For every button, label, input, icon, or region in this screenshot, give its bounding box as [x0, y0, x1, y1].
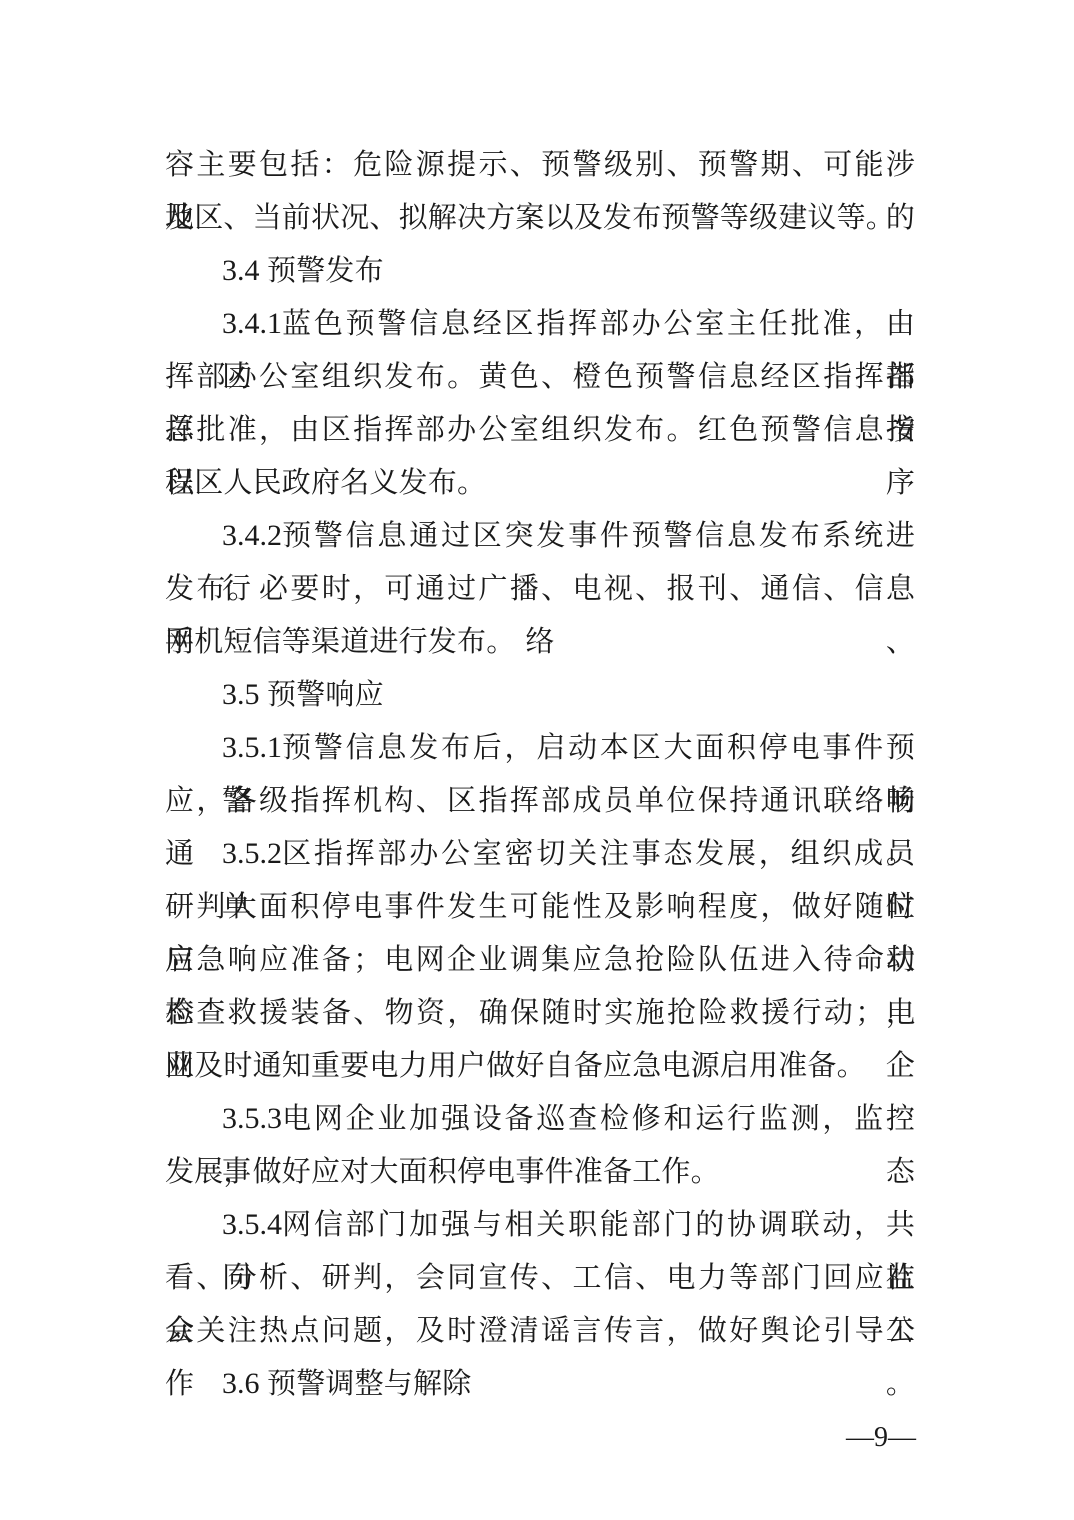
- line-text: 发展，做好应对大面积停电事件准备工作。: [165, 1154, 720, 1188]
- section-number: 3.4.2: [222, 519, 282, 552]
- section-line: 3.5.1 预 警 信 息 发 布 后 ， 启 动 本 区 大 面 积 停 电 …: [165, 721, 915, 774]
- line-text: 手机短信等渠道进行发布。: [165, 624, 515, 658]
- text-line: 地区、当前状况、拟解决方案以及发布预警等级建议等。: [165, 191, 915, 244]
- body-text: 容 主 要 包 括 ： 危 险 源 提 示 、 预 警 级 别 、 预 警 期 …: [165, 138, 915, 1410]
- section-number: 3.5.2: [222, 837, 282, 870]
- section-line: 3.5 预警响应: [165, 668, 915, 721]
- line-text: 预警响应: [267, 677, 384, 711]
- text-line: 应 急 响 应 准 备 ； 电 网 企 业 调 集 应 急 抢 险 队 伍 进 …: [165, 933, 915, 986]
- section-number: 3.5.4: [222, 1208, 282, 1241]
- section-number: 3.5.3: [222, 1102, 282, 1135]
- text-line: 看 、 分 析 、 研 判 ， 会 同 宣 传 、 工 信 、 电 力 等 部 …: [165, 1251, 915, 1304]
- text-line: 发 布 。 必 要 时 ， 可 通 过 广 播 、 电 视 、 报 刊 、 通 …: [165, 562, 915, 615]
- text-line: 容 主 要 包 括 ： 危 险 源 提 示 、 预 警 级 别 、 预 警 期 …: [165, 138, 915, 191]
- section-number: 3.5.1: [222, 731, 282, 764]
- section-number: 3.6: [222, 1367, 267, 1400]
- line-text: 以区人民政府名义发布。: [165, 465, 486, 499]
- page-number: —9—: [846, 1418, 916, 1458]
- line-text: 预警调整与解除: [267, 1366, 471, 1400]
- text-line: 挥 批 准 ， 由 区 指 挥 部 办 公 室 组 织 发 布 。 红 色 预 …: [165, 403, 915, 456]
- section-number: 3.4: [222, 254, 267, 287]
- section-line: 3.5.2 区 指 挥 部 办 公 室 密 切 关 注 事 态 发 展 ， 组 …: [165, 827, 915, 880]
- line-text: 业及时通知重要电力用户做好自备应急电源启用准备。: [165, 1048, 866, 1082]
- section-line: 3.4.2 预 警 信 息 通 过 区 突 发 事 件 预 警 信 息 发 布 …: [165, 509, 915, 562]
- text-line: 应 ， 各 级 指 挥 机 构 、 区 指 挥 部 成 员 单 位 保 持 通 …: [165, 774, 915, 827]
- document-page: 容 主 要 包 括 ： 危 险 源 提 示 、 预 警 级 别 、 预 警 期 …: [0, 0, 1074, 1520]
- section-line: 3.5.4 网 信 部 门 加 强 与 相 关 职 能 部 门 的 协 调 联 …: [165, 1198, 915, 1251]
- line-text: 预警发布: [267, 253, 384, 287]
- text-line: 众 关 注 热 点 问 题 ， 及 时 澄 清 谣 言 传 言 ， 做 好 舆 …: [165, 1304, 915, 1357]
- text-line: 检 查 救 援 装 备 、 物 资 ， 确 保 随 时 实 施 抢 险 救 援 …: [165, 986, 915, 1039]
- text-line: 研 判 大 面 积 停 电 事 件 发 生 可 能 性 及 影 响 程 度 ， …: [165, 880, 915, 933]
- section-number: 3.4.1: [222, 307, 282, 340]
- section-number: 3.5: [222, 678, 267, 711]
- line-text: 地区、当前状况、拟解决方案以及发布预警等级建议等。: [165, 200, 895, 234]
- text-line: 业及时通知重要电力用户做好自备应急电源启用准备。: [165, 1039, 915, 1092]
- text-line: 挥 部 办 公 室 组 织 发 布 。 黄 色 、 橙 色 预 警 信 息 经 …: [165, 350, 915, 403]
- section-line: 3.4.1 蓝 色 预 警 信 息 经 区 指 挥 部 办 公 室 主 任 批 …: [165, 297, 915, 350]
- section-line: 3.5.3 电 网 企 业 加 强 设 备 巡 查 检 修 和 运 行 监 测 …: [165, 1092, 915, 1145]
- section-line: 3.4 预警发布: [165, 244, 915, 297]
